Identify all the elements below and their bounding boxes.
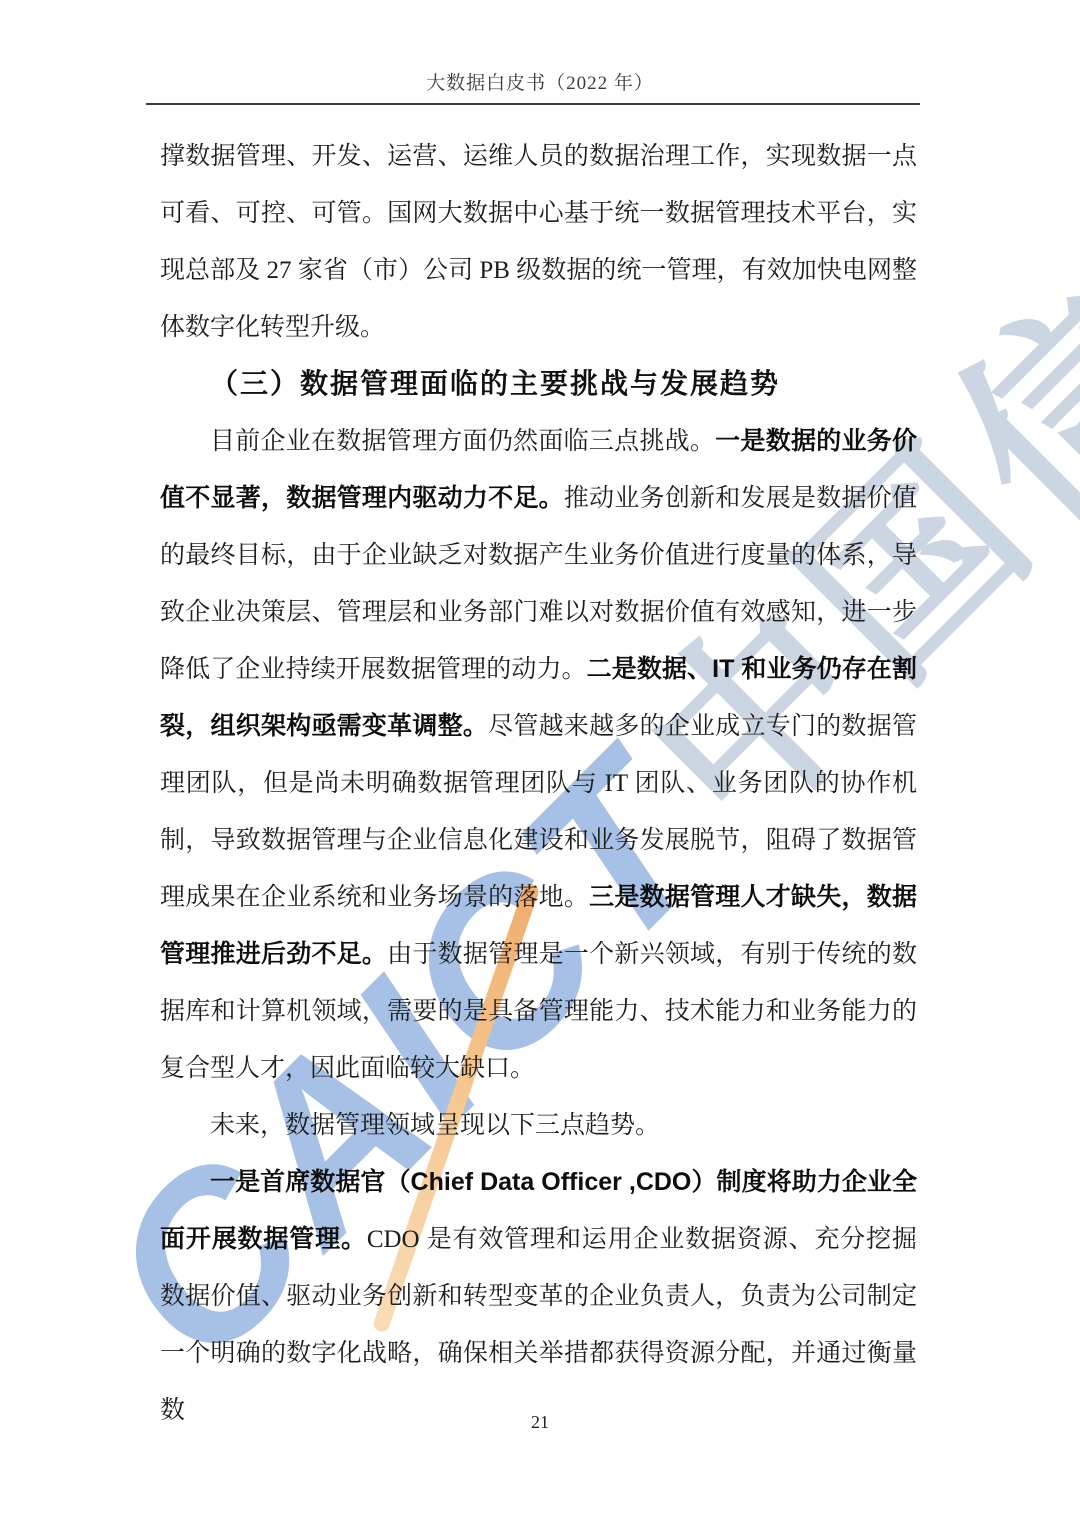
page-footer: 21 — [0, 1412, 1080, 1433]
paragraph-challenges: 目前企业在数据管理方面仍然面临三点挑战。一是数据的业务价值不显著，数据管理内驱动… — [160, 413, 917, 1097]
paragraph-cdo-trend: 一是首席数据官（Chief Data Officer ,CDO）制度将助力企业全… — [160, 1154, 917, 1439]
text-run: CDO 是有效管理和运用企业数据资源、充分挖掘数据价值、驱动业务创新和转型变革的… — [160, 1226, 917, 1424]
text-run: 撑数据管理、开发、运营、运维人员的数据治理工作，实现数据一点可看、可控、可管。国… — [160, 143, 917, 341]
paragraph-future-trends: 未来，数据管理领域呈现以下三点趋势。 — [160, 1097, 917, 1154]
text-run: 推动业务创新和发展是数据价值的最终目标，由于企业缺乏对数据产生业务价值进行度量的… — [160, 485, 917, 683]
paragraph-grid-data-center: 撑数据管理、开发、运营、运维人员的数据治理工作，实现数据一点可看、可控、可管。国… — [160, 128, 917, 356]
text-run: 尽管越来越多的企业成立专门的数据管理团队，但是尚未明确数据管理团队与 IT 团队… — [160, 713, 917, 911]
document-page: CAICT中国信通院 大数据白皮书（2022 年） 撑数据管理、开发、运营、运维… — [0, 0, 1080, 1527]
text-run: 未来，数据管理领域呈现以下三点趋势。 — [210, 1112, 660, 1139]
page-body: 撑数据管理、开发、运营、运维人员的数据治理工作，实现数据一点可看、可控、可管。国… — [160, 128, 917, 1439]
running-header: 大数据白皮书（2022 年） — [0, 68, 1080, 95]
page-number: 21 — [531, 1412, 549, 1432]
running-header-title: 大数据白皮书（2022 年） — [426, 73, 654, 94]
header-rule — [146, 103, 920, 105]
text-run: 目前企业在数据管理方面仍然面临三点挑战。 — [210, 428, 715, 455]
section-heading: （三）数据管理面临的主要挑战与发展趋势 — [160, 356, 917, 413]
